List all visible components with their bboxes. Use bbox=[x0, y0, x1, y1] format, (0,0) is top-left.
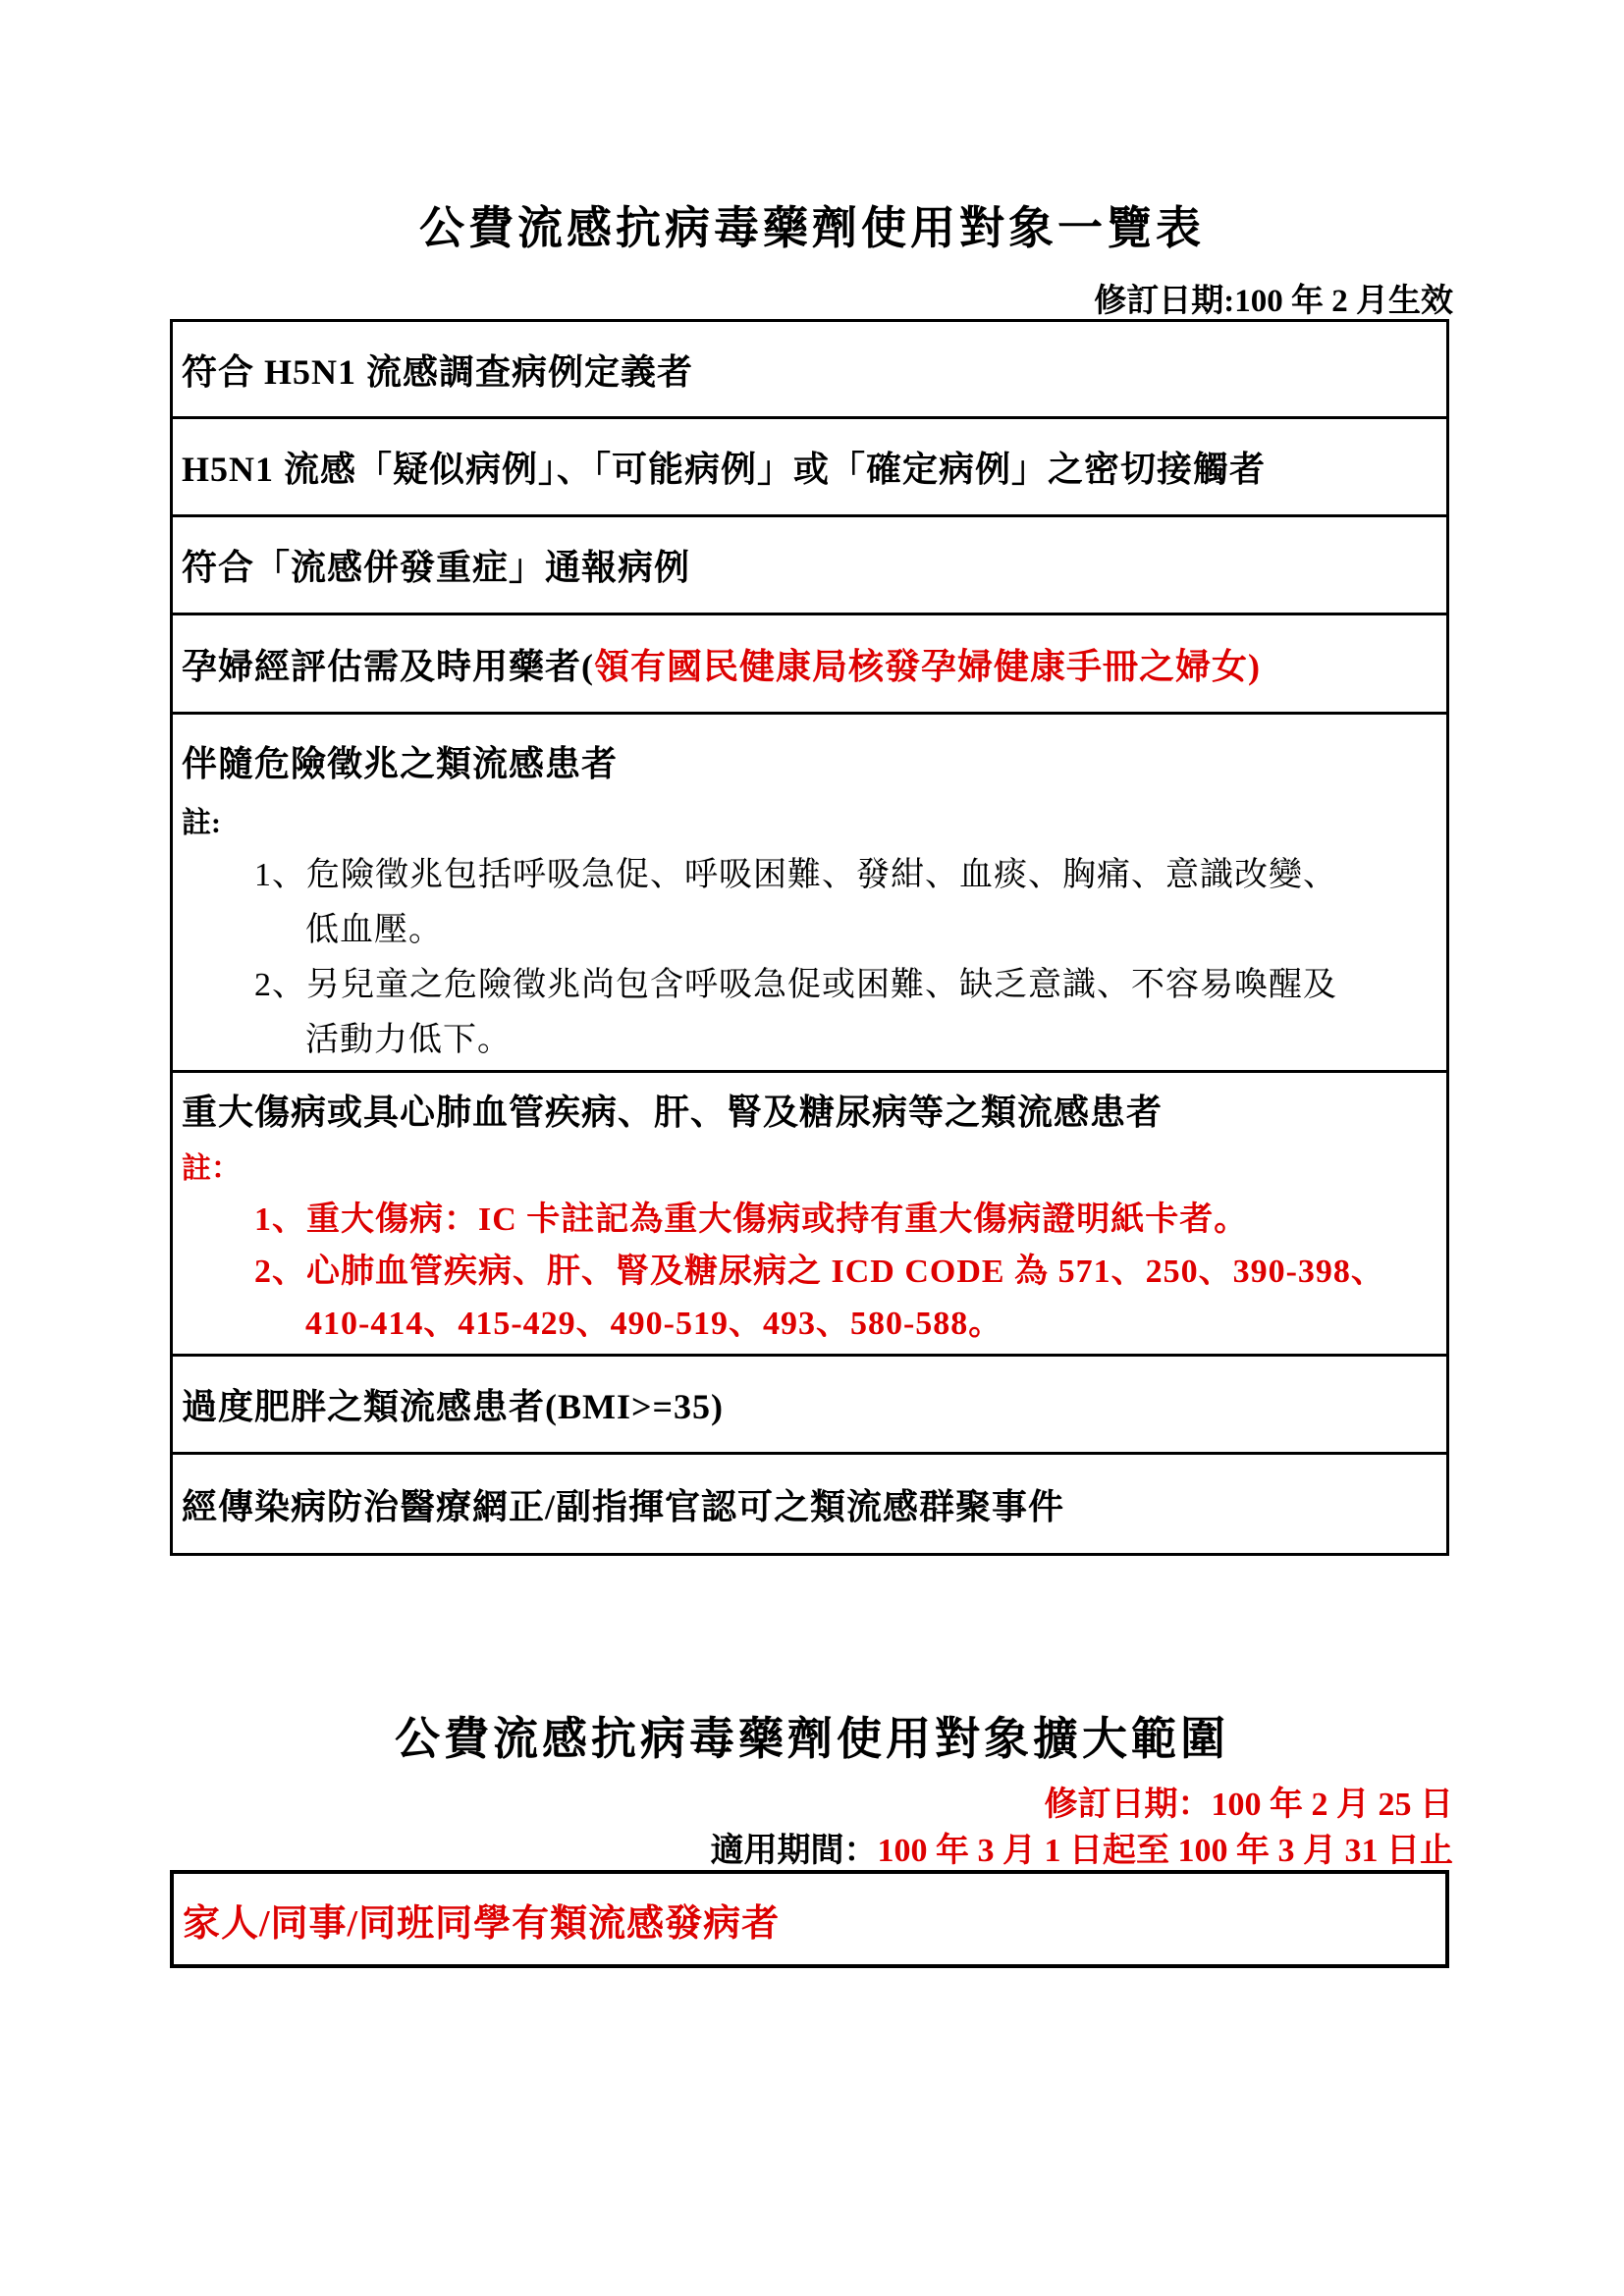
table-row-obesity: 過度肥胖之類流感患者(BMI>=35) bbox=[173, 1357, 1446, 1455]
applicable-period-line: 適用期間：100 年 3 月 1 日起至 100 年 3 月 31 日止 bbox=[711, 1823, 1454, 1871]
eligibility-table: 符合 H5N1 流感調查病例定義者 H5N1 流感「疑似病例」、「可能病例」或「… bbox=[170, 319, 1449, 1556]
note-line: 1、危險徵兆包括呼吸急促、呼吸困難、發紺、血痰、胸痛、意識改變、 bbox=[182, 848, 1440, 903]
note-label: 註: bbox=[182, 799, 1440, 848]
table-row-major-illness: 重大傷病或具心肺血管疾病、肝、腎及糖尿病等之類流感患者 註： 1、重大傷病：IC… bbox=[173, 1073, 1446, 1357]
table-row-pregnant-women: 孕婦經評估需及時用藥者(領有國民健康局核發孕婦健康手冊之婦女) bbox=[173, 615, 1446, 715]
expanded-scope-box: 家人/同事/同班同學有類流感發病者 bbox=[170, 1870, 1449, 1968]
table-row-h5n1-close-contact: H5N1 流感「疑似病例」、「可能病例」或「確定病例」之密切接觸者 bbox=[173, 419, 1446, 517]
icd-range-a: 410-414、415-429、 bbox=[305, 1306, 611, 1342]
table-row-cluster-event: 經傳染病防治醫療網正/副指揮官認可之類流感群聚事件 bbox=[173, 1455, 1446, 1553]
row-text: 符合「流感併發重症」通報病例 bbox=[182, 540, 690, 590]
row-text: H5N1 流感「疑似病例」、「可能病例」或「確定病例」之密切接觸者 bbox=[182, 442, 1266, 492]
note-line: 活動力低下。 bbox=[182, 1013, 1440, 1068]
note-line: 1、重大傷病：IC 卡註記為重大傷病或持有重大傷病證明紙卡者。 bbox=[182, 1194, 1440, 1246]
row-text-black: 孕婦經評估需及時用藥者( bbox=[182, 639, 594, 689]
table-row-danger-signs: 伴隨危險徵兆之類流感患者 註: 1、危險徵兆包括呼吸急促、呼吸困難、發紺、血痰、… bbox=[173, 715, 1446, 1073]
row-title: 伴隨危險徵兆之類流感患者 bbox=[182, 736, 1440, 791]
expanded-scope-title: 公費流感抗病毒藥劑使用對象擴大範圍 bbox=[0, 1703, 1624, 1768]
row-text-red: 領有國民健康局核發孕婦健康手冊之婦女) bbox=[594, 639, 1261, 689]
period-label: 適用期間： bbox=[711, 1833, 878, 1869]
icd-range-b: -519、493、580-588。 bbox=[664, 1306, 1003, 1342]
expanded-revision-date-line: 修訂日期：100 年 2 月 25 日 bbox=[1045, 1777, 1454, 1825]
row-title: 重大傷病或具心肺血管疾病、肝、腎及糖尿病等之類流感患者 bbox=[182, 1087, 1440, 1139]
note-label: 註： bbox=[182, 1145, 1440, 1194]
note-line: 2、另兒童之危險徵兆尚包含呼吸急促或困難、缺乏意識、不容易喚醒及 bbox=[182, 958, 1440, 1013]
note-line: 2、心肺血管疾病、肝、腎及糖尿病之 ICD CODE 為 571、250、390… bbox=[182, 1246, 1440, 1298]
revision-date-line: 修訂日期:100 年 2 月生效 bbox=[1094, 275, 1453, 321]
table-row-h5n1-case-definition: 符合 H5N1 流感調查病例定義者 bbox=[173, 322, 1446, 419]
period-value: 100 年 3 月 1 日起至 100 年 3 月 31 日止 bbox=[878, 1833, 1454, 1869]
row-text: 過度肥胖之類流感患者(BMI>=35) bbox=[182, 1379, 724, 1429]
table-row-severe-complication-report: 符合「流感併發重症」通報病例 bbox=[173, 517, 1446, 615]
expanded-scope-text: 家人/同事/同班同學有類流感發病者 bbox=[183, 1893, 780, 1947]
document-page: 公費流感抗病毒藥劑使用對象一覽表 修訂日期:100 年 2 月生效 符合 H5N… bbox=[0, 0, 1624, 2296]
icd-range-bold: 490 bbox=[611, 1306, 664, 1342]
row-text: 符合 H5N1 流感調查病例定義者 bbox=[182, 345, 693, 395]
note-line: 低血壓。 bbox=[182, 903, 1440, 958]
document-title: 公費流感抗病毒藥劑使用對象一覽表 bbox=[0, 192, 1624, 257]
note-line-icd-codes: 410-414、415-429、490-519、493、580-588。 bbox=[182, 1298, 1440, 1350]
row-text: 經傳染病防治醫療網正/副指揮官認可之類流感群聚事件 bbox=[182, 1479, 1064, 1529]
